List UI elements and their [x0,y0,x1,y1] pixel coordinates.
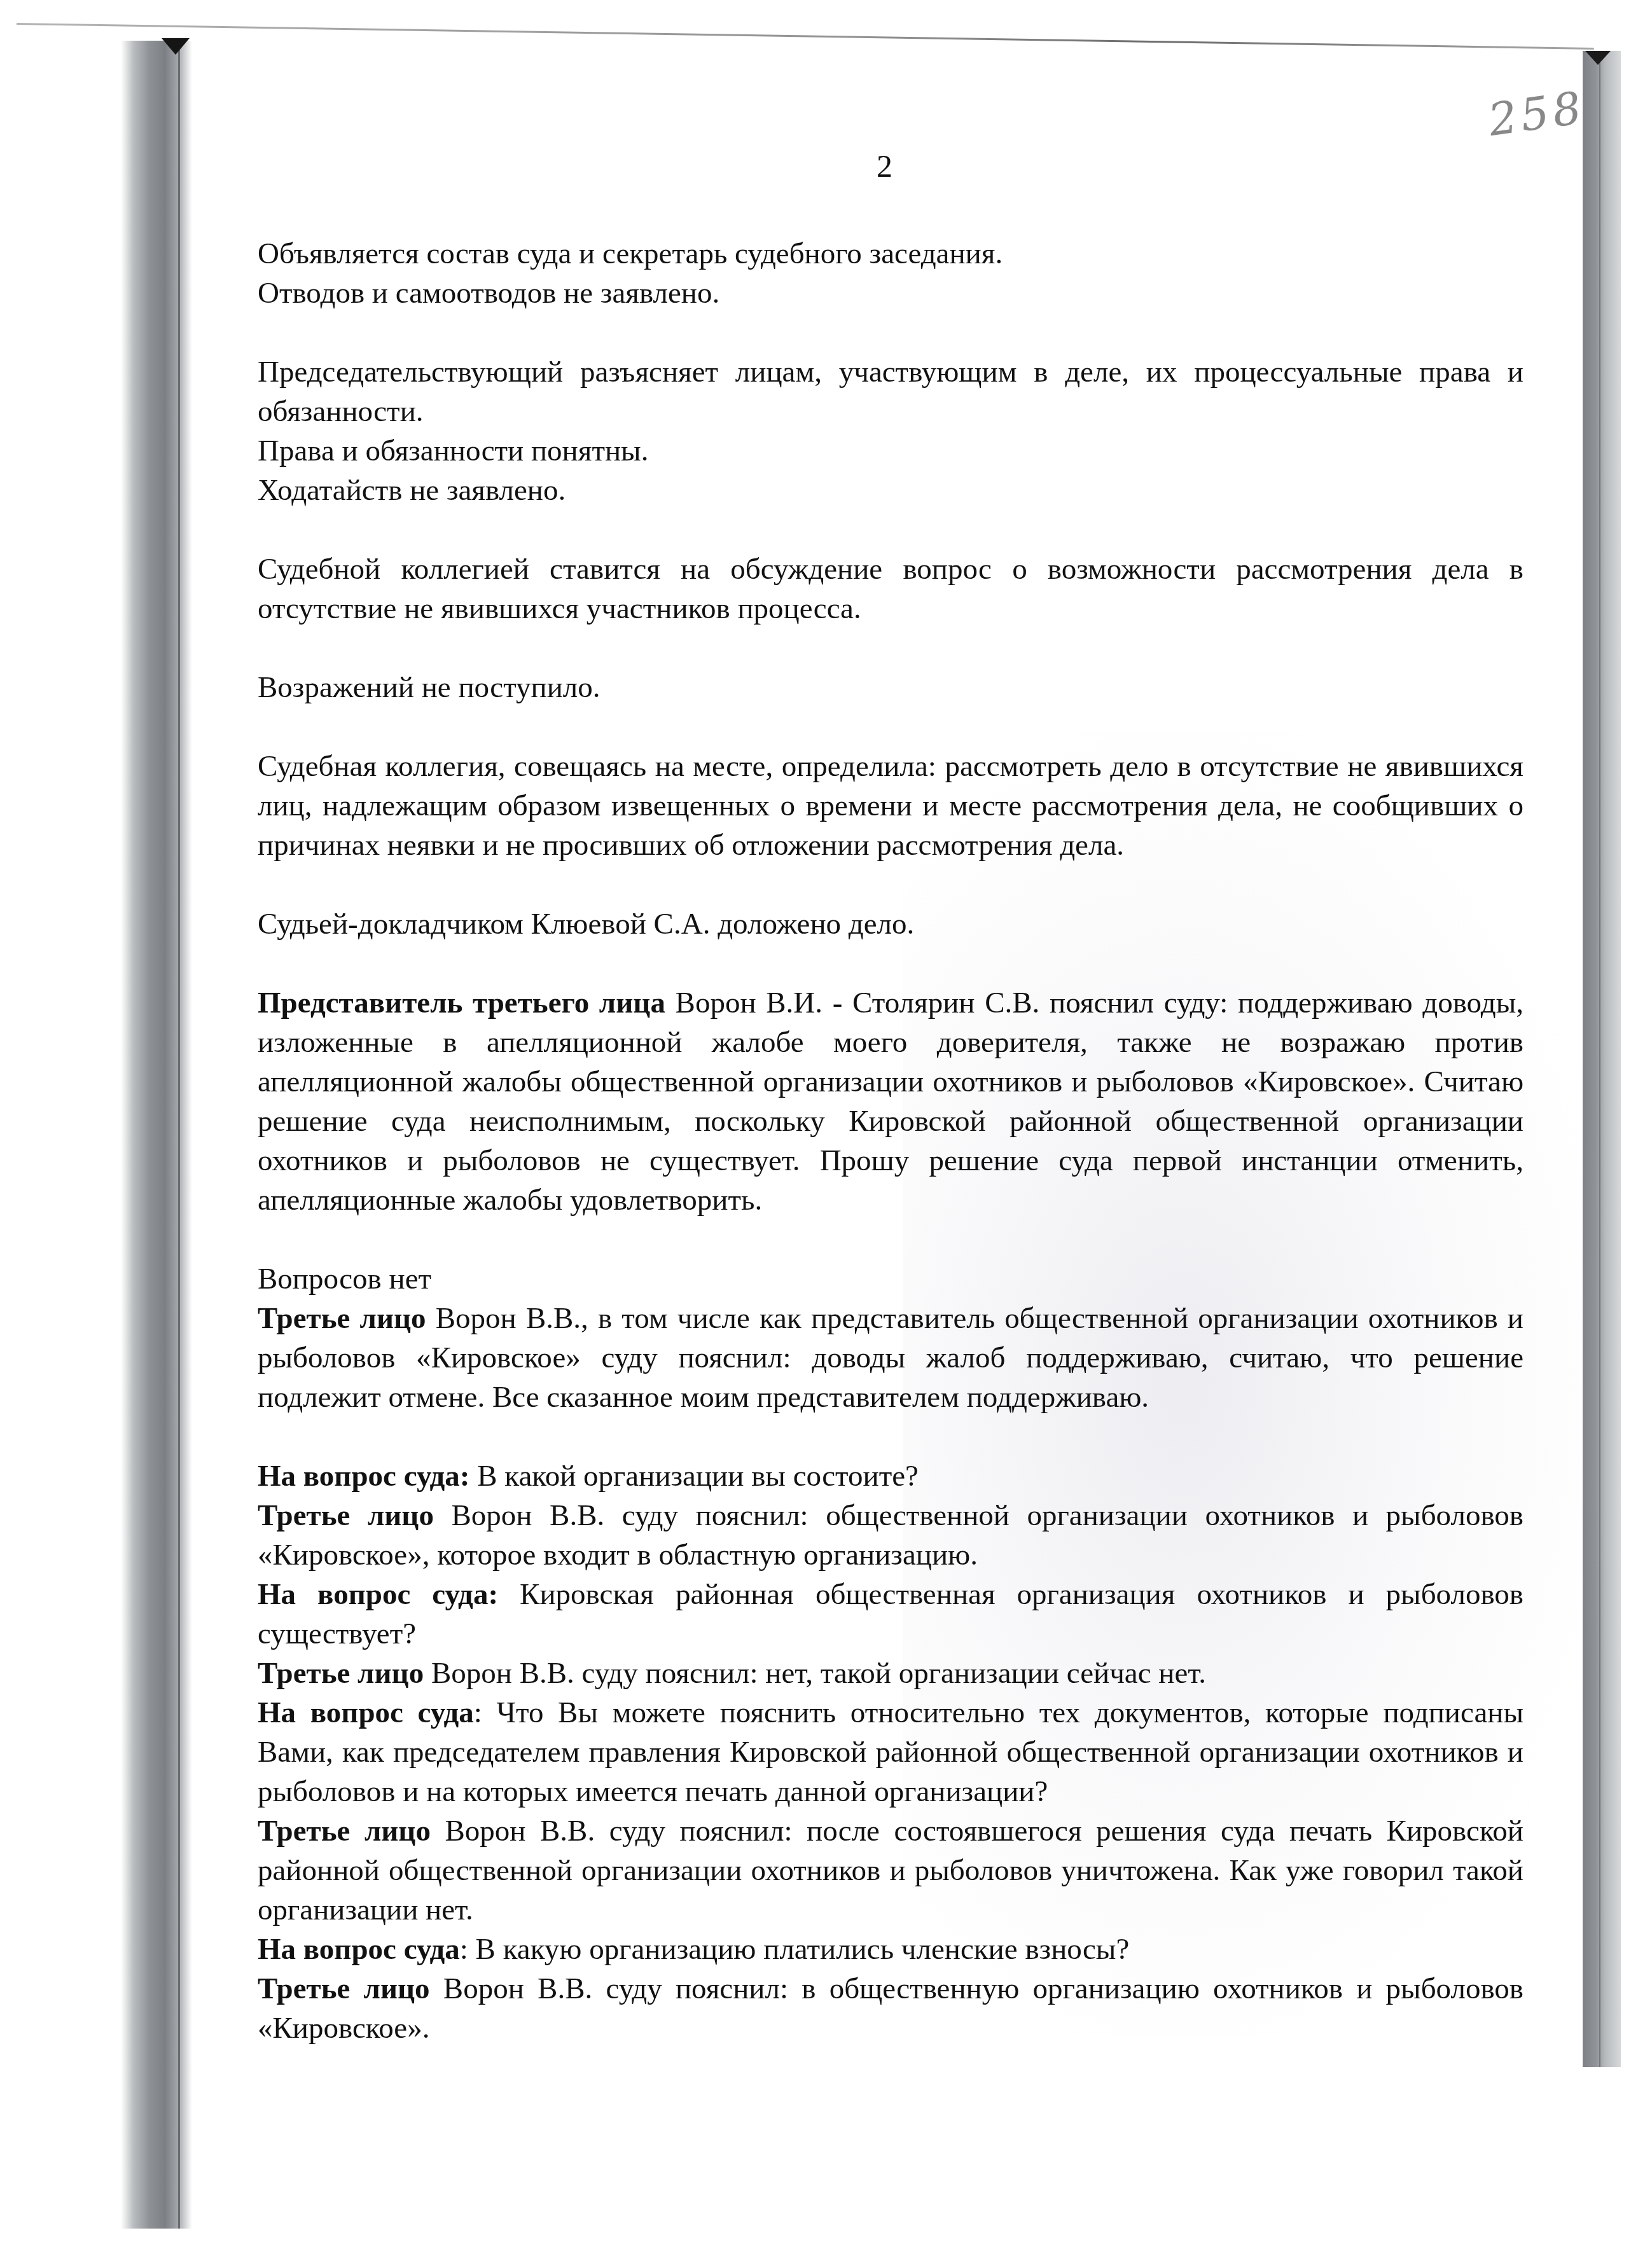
handwritten-folio-number: 258 [1485,81,1588,146]
line: Судебная коллегия, совещаясь на месте, о… [258,750,1523,862]
court-question: На вопрос суда: Что Вы можете пояснить о… [258,1693,1523,1811]
binding-corner-left [162,38,190,55]
line: Права и обязанности понятны. [258,434,648,467]
paragraph-representative-statement: Представитель третьего лица Ворон В.И. -… [258,983,1523,1220]
speaker-label: Третье лицо [258,1657,424,1690]
court-question: На вопрос суда: В какую организацию плат… [258,1930,1523,1969]
paragraph-third-party-statement: Третье лицо Ворон В.В., в том числе как … [258,1299,1523,1417]
spacer [258,628,1523,668]
line: Объявляется состав суда и секретарь суде… [258,237,1003,270]
speaker-label: На вопрос суда: [258,1578,498,1611]
speaker-label: Третье лицо [258,1972,430,2005]
speaker-label: Третье лицо [258,1302,426,1335]
spacer [258,1220,1523,1259]
third-party-answer: Третье лицо Ворон В.В. суду пояснил: пос… [258,1811,1523,1930]
scan-top-edge [17,23,1594,50]
line: Ворон В.В., в том числе как представител… [258,1302,1523,1414]
court-question: На вопрос суда: В какой организации вы с… [258,1456,1523,1496]
paragraph-no-motions: Ходатайств не заявлено. [258,471,1523,510]
line: Ходатайств не заявлено. [258,474,566,507]
binding-shadow-left [121,41,192,2229]
line: Судебной коллегией ставится на обсуждени… [258,553,1523,625]
third-party-answer: Третье лицо Ворон В.В. суду пояснил: в о… [258,1969,1523,2048]
line: Ворон В.В. суду пояснил: в общественную … [258,1972,1523,2045]
court-question: На вопрос суда: Кировская районная общес… [258,1575,1523,1654]
line: Ворон В.И. - Столярин С.В. пояснил суду:… [258,986,1523,1217]
paragraph-no-questions: Вопросов нет [258,1259,1523,1299]
paragraph-collegium-decision: Судебная коллегия, совещаясь на месте, о… [258,747,1523,865]
speaker-label: Представитель третьего лица [258,986,665,1020]
paragraph-no-recusals: Отводов и самоотводов не заявлено. [258,273,1523,313]
third-party-answer: Третье лицо Ворон В.В. суду пояснил: общ… [258,1496,1523,1575]
spacer [258,707,1523,747]
line: Возражений не поступило. [258,671,600,704]
page-number: 2 [877,148,892,184]
document-body: Объявляется состав суда и секретарь суде… [258,234,1523,2048]
paragraph-absence-question: Судебной коллегией ставится на обсуждени… [258,550,1523,628]
spacer [258,944,1523,983]
paragraph-court-composition: Объявляется состав суда и секретарь суде… [258,234,1523,273]
speaker-label: На вопрос суда [258,1933,460,1966]
line: Председательствующий разъясняет лицам, у… [258,356,1523,428]
speaker-label: Третье лицо [258,1815,431,1848]
spacer [258,313,1523,352]
line: Отводов и самоотводов не заявлено. [258,277,719,310]
paragraph-case-reported: Судьей-докладчиком Клюевой С.А. доложено… [258,904,1523,944]
binding-corner-right [1585,51,1611,65]
paragraph-rights-explained: Председательствующий разъясняет лицам, у… [258,352,1523,431]
line: Вопросов нет [258,1262,431,1296]
line: Ворон В.В. суду пояснил: после состоявше… [258,1815,1523,1926]
paragraph-no-objections: Возражений не поступило. [258,668,1523,707]
speaker-label: На вопрос суда [258,1696,474,1729]
spacer [258,510,1523,550]
line: В какой организации вы состоите? [469,1460,919,1493]
speaker-label: Третье лицо [258,1499,434,1532]
spacer [258,865,1523,904]
line: Ворон В.В. суду пояснил: общественной ор… [258,1499,1523,1572]
paragraph-rights-understood: Права и обязанности понятны. [258,431,1523,471]
binding-shadow-right [1583,51,1621,2067]
spacer [258,1417,1523,1456]
line: Судьей-докладчиком Клюевой С.А. доложено… [258,908,914,941]
line: : В какую организацию платились членские… [460,1933,1130,1966]
third-party-answer: Третье лицо Ворон В.В. суду пояснил: нет… [258,1654,1523,1693]
line: Ворон В.В. суду пояснил: нет, такой орга… [424,1657,1206,1690]
speaker-label: На вопрос суда: [258,1460,469,1493]
